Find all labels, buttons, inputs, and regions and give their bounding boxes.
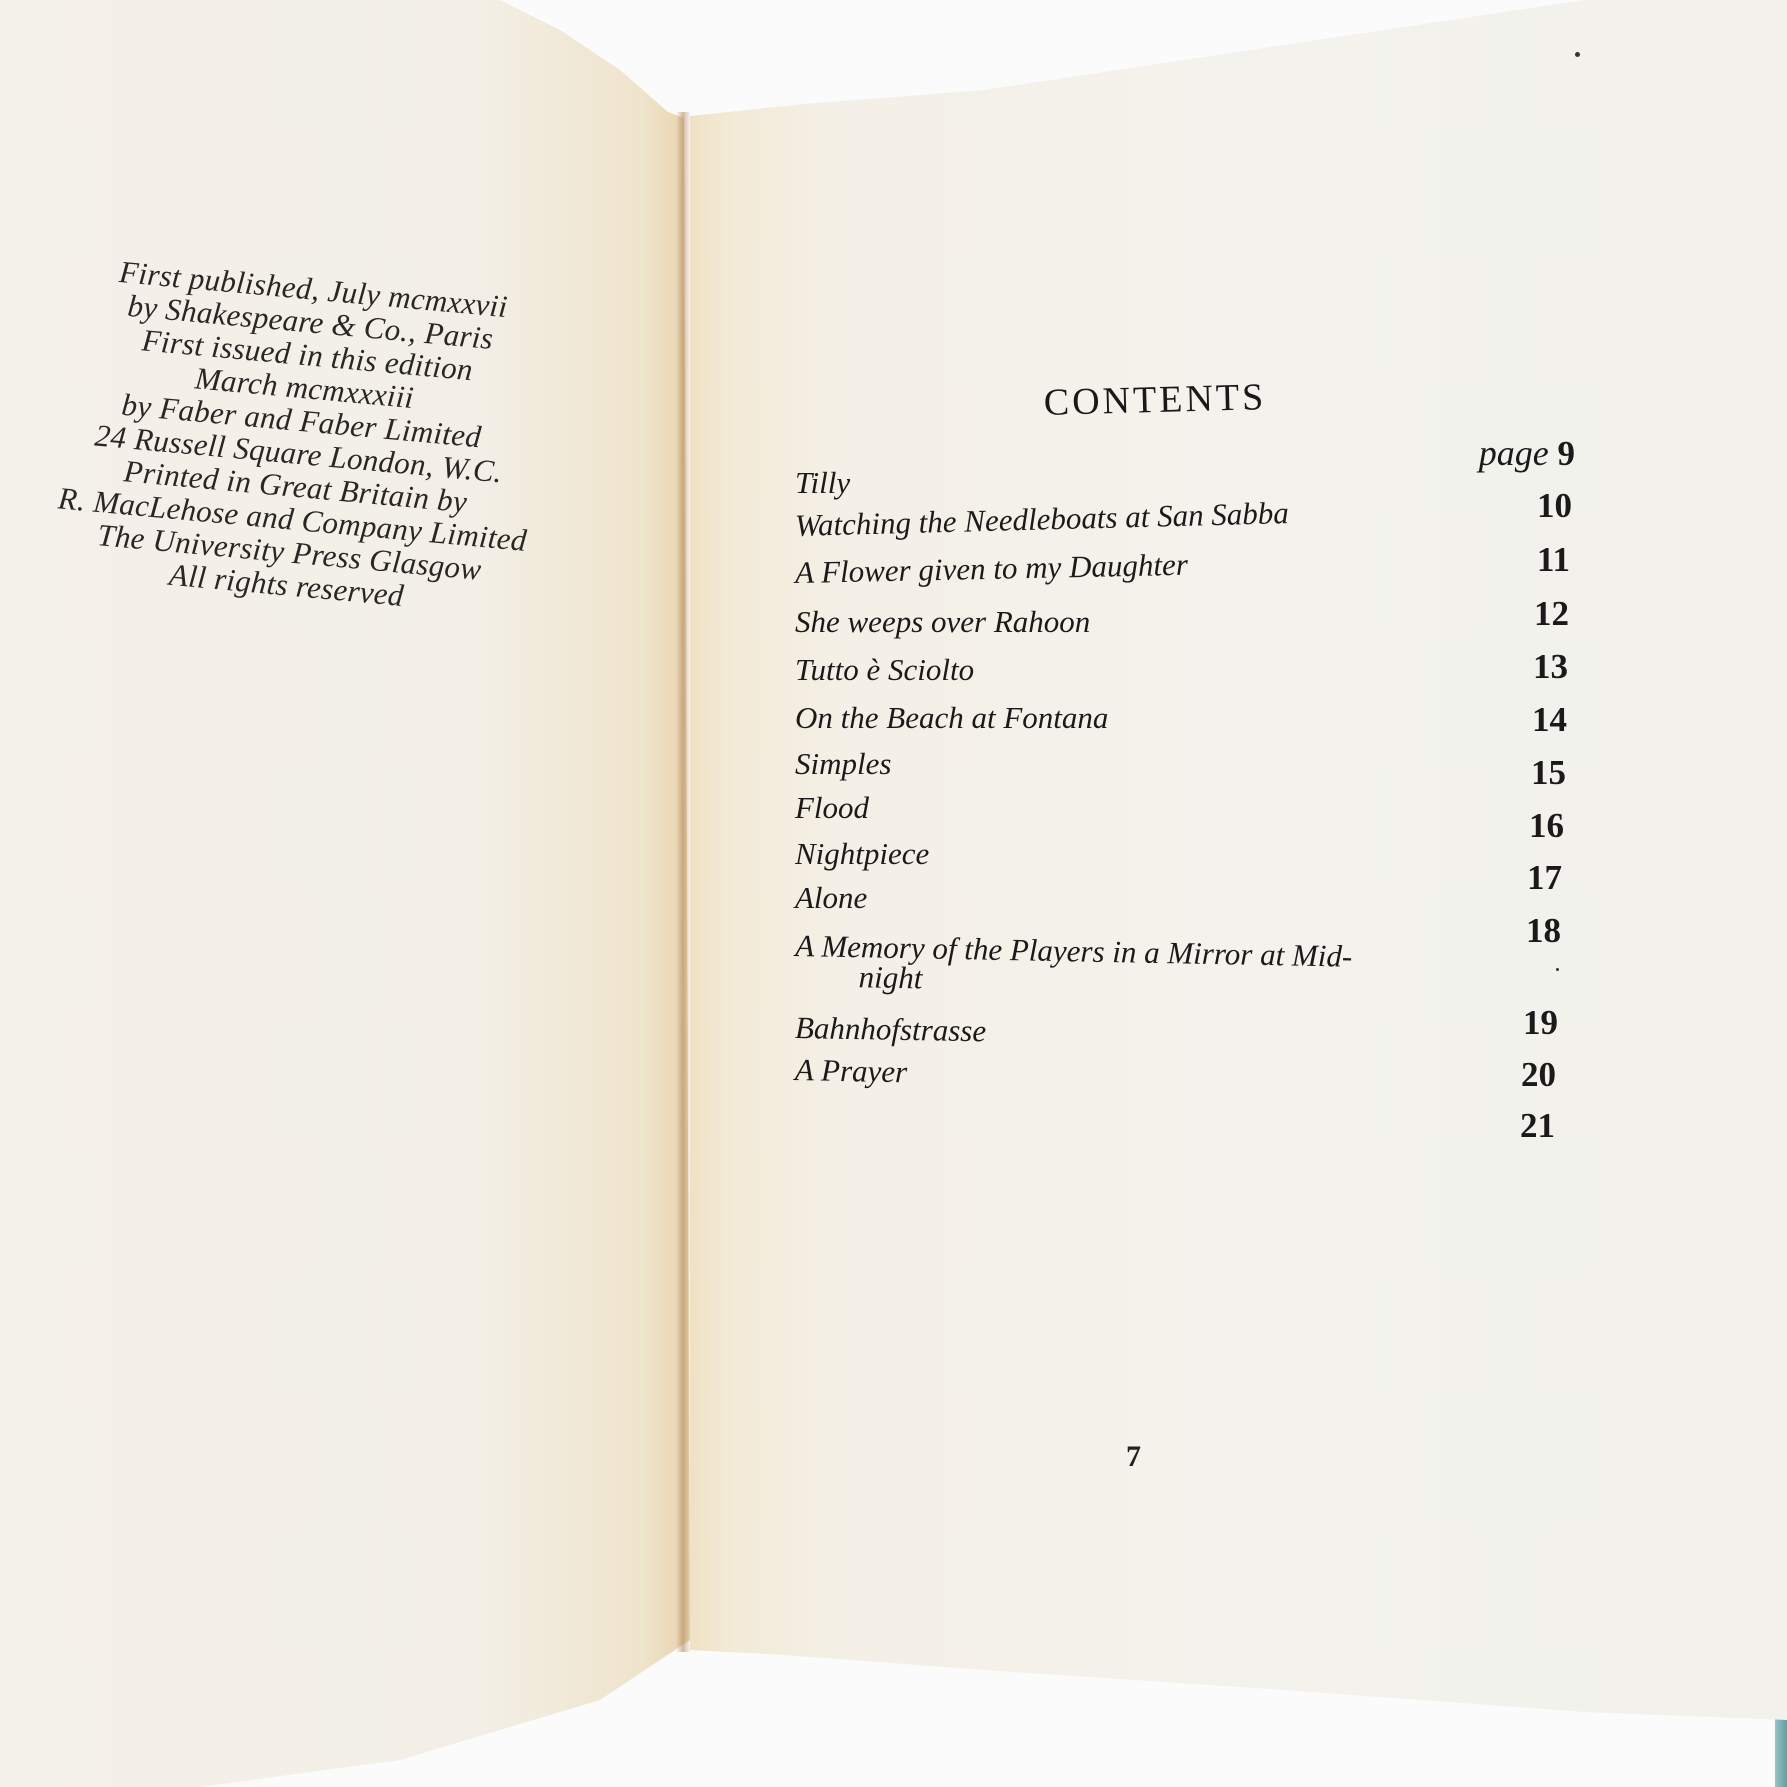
toc-entry-title: On the Beach at Fontana <box>795 700 1108 735</box>
page-number: page 9 <box>1330 432 1575 474</box>
page-number: 12 <box>1449 594 1569 634</box>
toc-entry-title: Simples <box>795 746 891 781</box>
paper-speck <box>1556 968 1559 971</box>
toc-entry: Flood <box>795 790 869 826</box>
page-number: 14 <box>1447 700 1567 740</box>
page-number: 21 <box>1435 1106 1555 1146</box>
toc-entry-title: Alone <box>795 880 867 915</box>
toc-entry-title: A Flower given to my Daughter <box>795 547 1189 590</box>
toc-entry-title: She weeps over Rahoon <box>795 604 1090 639</box>
toc-entry: Tutto è Sciolto <box>795 652 974 688</box>
page-number-value: 9 <box>1558 434 1576 473</box>
page-label: page <box>1479 433 1549 473</box>
page-number: 18 <box>1441 911 1561 951</box>
toc-entry-title: Bahnhofstrasse <box>795 1010 987 1048</box>
toc-entry: A Memory of the Players in a Mirror at M… <box>794 928 1352 1005</box>
paper-speck <box>1575 52 1580 57</box>
toc-entry: Simples <box>795 746 891 782</box>
folio-page-number: 7 <box>1126 1440 1141 1474</box>
toc-entry-title: Tutto è Sciolto <box>795 652 974 687</box>
toc-entry: Nightpiece <box>795 836 929 872</box>
page-number: 15 <box>1446 753 1566 793</box>
toc-entry-title: Flood <box>795 790 869 825</box>
toc-entry-title: Tilly <box>795 465 850 500</box>
book-gutter <box>676 112 690 1652</box>
toc-entry: She weeps over Rahoon <box>795 604 1090 640</box>
page-number: 19 <box>1438 1003 1558 1043</box>
toc-entry: On the Beach at Fontana <box>795 700 1108 736</box>
toc-entry: A Prayer <box>795 1052 908 1090</box>
page-number: 20 <box>1436 1055 1556 1095</box>
toc-entry: Bahnhofstrasse <box>795 1010 987 1049</box>
page-number: 17 <box>1442 858 1562 898</box>
page-number: 13 <box>1448 647 1568 687</box>
page-number: 16 <box>1444 806 1564 846</box>
toc-entry: Tilly <box>795 465 850 501</box>
toc-entry-title: Nightpiece <box>795 836 929 871</box>
page-number: 10 <box>1452 486 1572 526</box>
contents-heading: CONTENTS <box>1029 375 1280 426</box>
page-number: 11 <box>1450 540 1570 580</box>
toc-entry: Alone <box>795 880 867 916</box>
toc-entry-title: A Prayer <box>795 1052 908 1089</box>
colophon: First published, July mcmxxvii by Shakes… <box>26 249 574 625</box>
